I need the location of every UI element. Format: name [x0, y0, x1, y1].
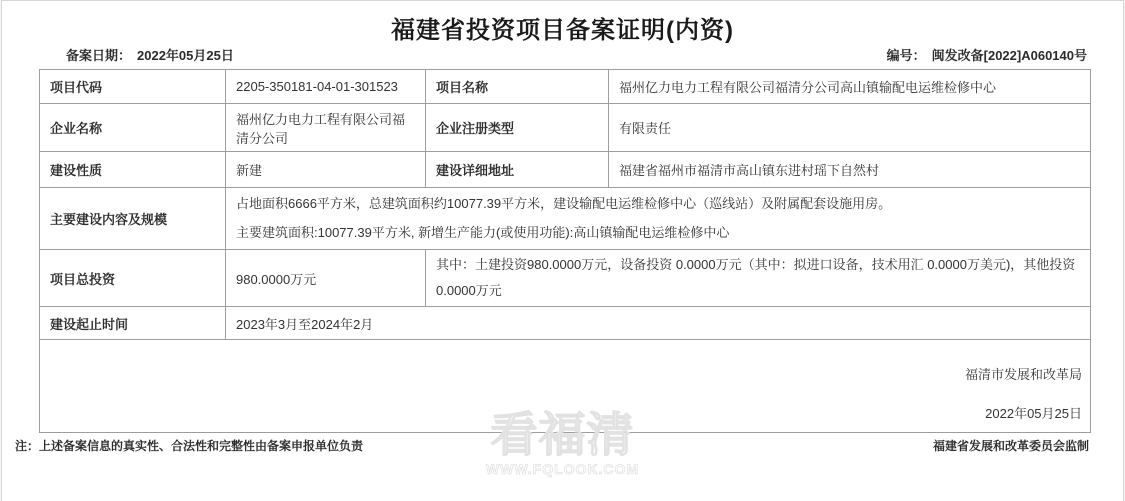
- table-row: 福清市发展和改革局 2022年05月25日: [40, 340, 1091, 433]
- table-row: 项目总投资 980.0000万元 其中：土建投资980.0000万元，设备投资 …: [40, 250, 1091, 307]
- meta-row: 备案日期：2022年05月25日 编号：闽发改备[2022]A060140号: [66, 45, 1087, 64]
- project-name-value: 福州亿力电力工程有限公司福清分公司高山镇输配电运维检修中心: [609, 70, 1091, 104]
- address-value: 福建省福州市福清市高山镇东进村瑶下自然村: [609, 152, 1091, 188]
- filing-date: 备案日期：2022年05月25日: [66, 45, 234, 64]
- table-row: 建设起止时间 2023年3月至2024年2月: [40, 307, 1091, 340]
- construction-period-value: 2023年3月至2024年2月: [226, 307, 1091, 340]
- project-code-value: 2205-350181-04-01-301523: [226, 70, 426, 104]
- certificate-page: 福建省投资项目备案证明(内资) 备案日期：2022年05月25日 编号：闽发改备…: [1, 0, 1124, 501]
- watermark-url: WWW.FQLOOK.COM: [2, 461, 1123, 477]
- construction-content-label: 主要建设内容及规模: [40, 188, 226, 250]
- table-row: 主要建设内容及规模 占地面积6666平方米，总建筑面积约10077.39平方米，…: [40, 188, 1091, 250]
- footer-supervisor: 福建省发展和改革委员会监制: [933, 437, 1089, 454]
- construction-content-line1: 占地面积6666平方米，总建筑面积约10077.39平方米，建设输配电运维检修中…: [236, 194, 1080, 214]
- page-title: 福建省投资项目备案证明(内资): [2, 10, 1123, 45]
- filing-date-value: 2022年05月25日: [137, 45, 234, 64]
- address-label: 建设详细地址: [426, 152, 609, 188]
- company-name-label: 企业名称: [40, 104, 226, 152]
- construction-period-label: 建设起止时间: [40, 307, 226, 340]
- company-name-value: 福州亿力电力工程有限公司福清分公司: [226, 104, 426, 152]
- table-row: 企业名称 福州亿力电力工程有限公司福清分公司 企业注册类型 有限责任: [40, 104, 1091, 152]
- footer-note: 注：上述备案信息的真实性、合法性和完整性由备案申报单位负责: [15, 437, 363, 454]
- project-name-label: 项目名称: [426, 70, 609, 104]
- construction-content-value: 占地面积6666平方米，总建筑面积约10077.39平方米，建设输配电运维检修中…: [226, 188, 1091, 250]
- certificate-table: 项目代码 2205-350181-04-01-301523 项目名称 福州亿力电…: [39, 69, 1091, 433]
- construction-content-line2: 主要建筑面积:10077.39平方米, 新增生产能力(或使用功能):高山镇输配电…: [236, 223, 1080, 243]
- table-row: 项目代码 2205-350181-04-01-301523 项目名称 福州亿力电…: [40, 70, 1091, 104]
- certificate-number-value: 闽发改备[2022]A060140号: [932, 45, 1087, 64]
- company-type-value: 有限责任: [609, 104, 1091, 152]
- project-code-label: 项目代码: [40, 70, 226, 104]
- issuing-authority: 福清市发展和改革局: [40, 364, 1082, 383]
- issue-date: 2022年05月25日: [40, 403, 1082, 422]
- construction-nature-label: 建设性质: [40, 152, 226, 188]
- filing-date-label: 备案日期：: [66, 45, 131, 64]
- certificate-number-label: 编号：: [887, 45, 926, 64]
- total-investment-value: 980.0000万元: [226, 250, 426, 307]
- investment-breakdown: 其中：土建投资980.0000万元，设备投资 0.0000万元（其中：拟进口设备…: [426, 250, 1091, 307]
- total-investment-label: 项目总投资: [40, 250, 226, 307]
- company-type-label: 企业注册类型: [426, 104, 609, 152]
- certificate-number: 编号：闽发改备[2022]A060140号: [887, 45, 1087, 64]
- signature-cell: 福清市发展和改革局 2022年05月25日: [40, 340, 1091, 433]
- table-row: 建设性质 新建 建设详细地址 福建省福州市福清市高山镇东进村瑶下自然村: [40, 152, 1091, 188]
- construction-nature-value: 新建: [226, 152, 426, 188]
- footer-row: 注：上述备案信息的真实性、合法性和完整性由备案申报单位负责 福建省发展和改革委员…: [15, 437, 1089, 454]
